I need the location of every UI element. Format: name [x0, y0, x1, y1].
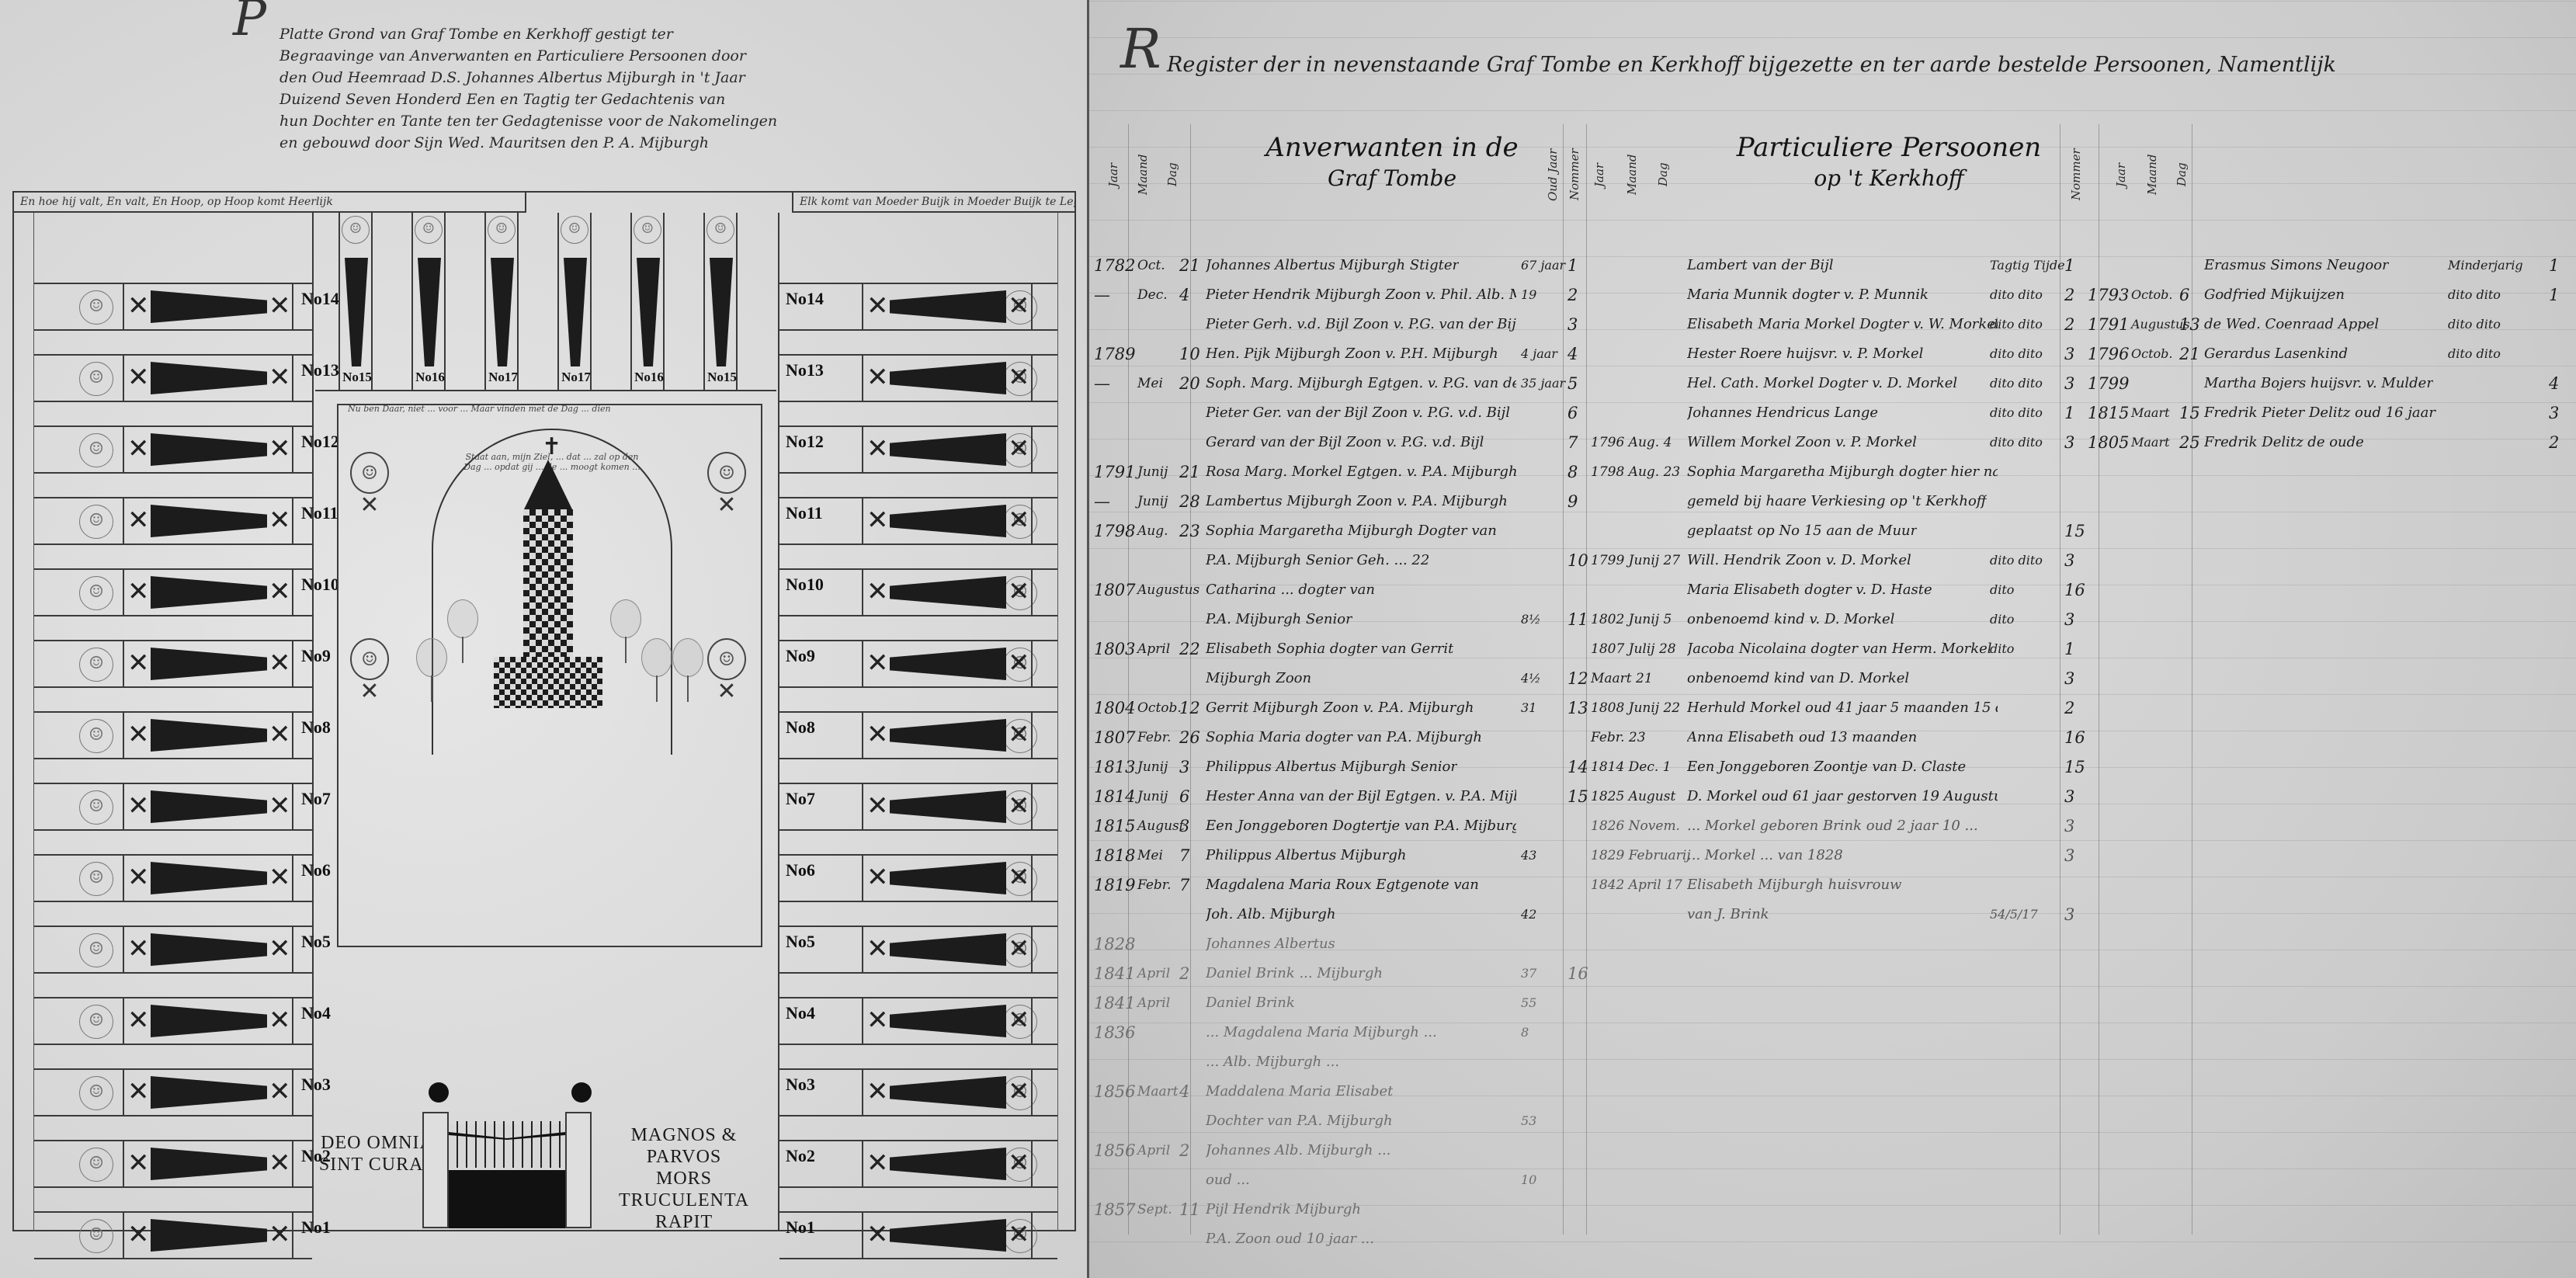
entry-month: Maart: [2131, 398, 2170, 429]
register-title: R Register der in nevenstaande Graf Tomb…: [1136, 53, 2518, 77]
gate-orb-right: [571, 1082, 592, 1103]
plan-frame: En hoe hij valt, En valt, En Hoop, op Ho…: [12, 191, 1076, 1231]
face-icon: ☺: [79, 1219, 113, 1253]
coffin: [890, 1148, 1006, 1180]
entry-year: —: [1094, 486, 1110, 517]
face-icon: ☺: [79, 648, 113, 682]
entry-name: Sophia Margaretha Mijburgh Dogter van: [1206, 516, 1497, 547]
crossbones-icon: ✕: [269, 360, 289, 394]
entry-name: Mijburgh Zoon: [1206, 663, 1311, 694]
crossbones-icon: ✕: [866, 860, 887, 894]
vault-number-label: No6: [301, 860, 331, 880]
register-entry: P.A. Mijburgh Senior8½11: [1089, 604, 1602, 635]
entry-note: dito dito: [1990, 280, 2043, 311]
vault-number-label: No7: [786, 789, 815, 809]
entry-month: Maart: [2131, 427, 2170, 458]
vault-left-row: ☺✕✕No12: [34, 425, 312, 474]
entry-note: Minderjarig: [2448, 250, 2523, 281]
crossbones-icon: ✕: [269, 503, 289, 537]
tree-icon: [447, 599, 478, 662]
entry-year: 1807: [1094, 575, 1135, 606]
entry-day: 6: [1179, 781, 1189, 812]
entry-note: dito dito: [2448, 280, 2501, 311]
register-entry: 1841AprilDaniel Brink55: [1089, 988, 1602, 1019]
entry-name: Martha Bojers huijsvr. v. Mulder: [2204, 368, 2433, 399]
entry-age: 4 jaar: [1521, 339, 1557, 370]
entry-number: 3: [2064, 663, 2074, 694]
entry-number: 14: [1567, 752, 1588, 783]
entry-note: dito: [1990, 575, 2014, 606]
vault-number-label: No8: [301, 717, 331, 738]
register-entry: ... Alb. Mijburgh ...: [1089, 1047, 1602, 1078]
entry-number: 3: [2064, 811, 2074, 842]
entry-number: 3: [2064, 368, 2074, 399]
entry-date: Febr. 23: [1591, 722, 1646, 753]
vault-number-label: No4: [301, 1003, 331, 1023]
crossbones-icon: ✕: [269, 789, 289, 823]
entry-year: 1836: [1094, 1017, 1135, 1048]
coffin-box: ✕✕: [123, 1141, 293, 1186]
crossbones-icon: ✕: [866, 432, 887, 466]
col-header-month: Maand: [1625, 132, 1639, 217]
coffin: [151, 290, 267, 323]
skull-crossbones-icon: ☺✕: [346, 638, 393, 708]
entry-month: Octob.: [2131, 280, 2172, 311]
register-entry: 1803April22Elisabeth Sophia dogter van G…: [1089, 634, 1602, 665]
entry-number: 2: [2064, 280, 2074, 311]
entry-date: 1796 Aug. 4: [1591, 427, 1672, 458]
entry-number: 2: [2549, 427, 2559, 458]
vault-left-row: ☺✕✕No4: [34, 997, 312, 1045]
coffin: [151, 790, 267, 823]
entry-age: 37: [1521, 958, 1536, 989]
register-entry: Erasmus Simons NeugoorMinderjarig1: [2083, 250, 2576, 281]
entry-year: 1813: [1094, 752, 1135, 783]
face-icon: ☺: [79, 1148, 113, 1182]
entry-date: 1807 Julij 28: [1591, 634, 1676, 665]
crossbones-icon: ✕: [127, 1146, 148, 1180]
entry-year: 1793: [2088, 280, 2129, 311]
crossbones-icon: ✕: [127, 932, 148, 966]
register-entry: 1807 Julij 28Jacoba Nicolaina dogter van…: [1586, 634, 2083, 665]
crossbones-icon: ✕: [269, 860, 289, 894]
coffin: [151, 433, 267, 466]
entry-name: Pieter Gerh. v.d. Bijl Zoon v. P.G. van …: [1206, 309, 1516, 340]
entry-note: dito dito: [1990, 368, 2043, 399]
entry-year: 1798: [1094, 516, 1135, 547]
coffin: [151, 505, 267, 537]
register-entry: 1799 Junij 27Will. Hendrik Zoon v. D. Mo…: [1586, 545, 2083, 576]
vault-left-row: ☺✕✕No8: [34, 711, 312, 759]
title-flourish-initial: P: [233, 8, 266, 30]
crossbones-icon: ✕: [866, 1003, 887, 1037]
crossbones-icon: ✕: [1008, 1003, 1028, 1037]
vault-number-label: No7: [301, 789, 331, 809]
vault-right-row: ☺✕✕No7: [779, 783, 1057, 831]
entry-day: 7: [1179, 840, 1189, 871]
vault-row-top: ☺No15☺No16☺No17☺No17☺No16☺No15: [315, 213, 776, 391]
register-entry: 1799Martha Bojers huijsvr. v. Mulder4: [2083, 368, 2576, 399]
register-entry: 1796Octob.21Gerardus Lasenkinddito dito: [2083, 339, 2576, 370]
coffin: [710, 258, 733, 366]
entry-name: Elisabeth Sophia dogter van Gerrit: [1206, 634, 1453, 665]
entry-number: 3: [2064, 781, 2074, 812]
vault-left-row: ☺✕✕No3: [34, 1068, 312, 1117]
entry-name: Maria Elisabeth dogter v. D. Haste: [1687, 575, 1932, 606]
face-icon: ☺: [79, 576, 113, 610]
entry-number: 1: [2549, 250, 2559, 281]
entry-name: Elisabeth Mijburgh huisvrouw: [1687, 870, 1901, 901]
coffin-box: ✕✕: [862, 1141, 1033, 1186]
coffin-box: ✕✕: [123, 641, 293, 686]
face-icon: ☺: [706, 216, 734, 244]
crossbones-icon: ✕: [127, 860, 148, 894]
entry-number: 1: [2064, 250, 2074, 281]
vault-number-label: No4: [786, 1003, 815, 1023]
entry-year: 1799: [2088, 368, 2129, 399]
title-line: en gebouwd door Sijn Wed. Mauritsen den …: [279, 132, 838, 154]
entry-day: 10: [1179, 339, 1200, 370]
vault-number-label: No9: [301, 646, 331, 666]
vault-right-row: ☺✕✕No5: [779, 926, 1057, 974]
entry-number: 3: [2064, 339, 2074, 370]
vault-column-left: ☺✕✕No14☺✕✕No13☺✕✕No12☺✕✕No11☺✕✕No10☺✕✕No…: [34, 213, 314, 1231]
entry-number: 5: [1567, 368, 1578, 399]
crossbones-icon: ✕: [1008, 360, 1028, 394]
vault-number-label: No14: [786, 289, 824, 309]
col-header-month: Maand: [2145, 132, 2159, 217]
entry-name: van J. Brink: [1687, 899, 1769, 930]
entry-year: 1841: [1094, 988, 1135, 1019]
crossbones-icon: ✕: [866, 360, 887, 394]
tree-icon: [672, 638, 703, 700]
vault-number-label: No11: [786, 503, 823, 523]
entry-note: dito: [1990, 634, 2014, 665]
entry-name: Pijl Hendrik Mijburgh: [1206, 1194, 1361, 1225]
entry-month: Octob.: [2131, 339, 2172, 370]
entry-number: 3: [2549, 398, 2559, 429]
coffin: [890, 362, 1006, 394]
crossbones-icon: ✕: [1008, 503, 1028, 537]
vault-number-label: No5: [301, 932, 331, 952]
vault-left-row: ☺✕✕No1: [34, 1211, 312, 1259]
entry-note: Tagtig Tijde: [1990, 250, 2065, 281]
crossbones-icon: ✕: [269, 646, 289, 680]
tree-icon: [416, 638, 447, 700]
register-entry: 1828Johannes Albertus: [1089, 929, 1602, 960]
church-caption: Nu ben Daar, niet ... voor ... Maar vind…: [348, 404, 752, 414]
vault-right-row: ☺✕✕No13: [779, 354, 1057, 402]
entry-day: 3: [1179, 752, 1189, 783]
col-header-number: Nommer: [2069, 132, 2083, 217]
register-entry: 1857Sept.11Pijl Hendrik Mijburgh: [1089, 1194, 1602, 1225]
section-heading-private: Particuliere Persoonen op 't Kerkhoff: [1726, 132, 2052, 194]
coffin-box: ✕✕: [123, 427, 293, 472]
title-line: hun Dochter en Tante ten ter Gedagteniss…: [279, 110, 838, 132]
entry-year: 1789: [1094, 339, 1135, 370]
crossbones-icon: ✕: [269, 1146, 289, 1180]
coffin: [890, 1005, 1006, 1037]
entry-name: Magdalena Maria Roux Egtgenote van: [1206, 870, 1479, 901]
entry-number: 6: [1567, 398, 1578, 429]
section-heading-family: Anverwanten in de Graf Tombe: [1229, 132, 1555, 194]
crossbones-icon: ✕: [866, 289, 887, 323]
vault-number-label: No13: [786, 360, 824, 380]
register-entry: Hel. Cath. Morkel Dogter v. D. Morkeldit…: [1586, 368, 2083, 399]
crossbones-icon: ✕: [127, 789, 148, 823]
entry-day: 28: [1179, 486, 1200, 517]
crossbones-icon: ✕: [1008, 1075, 1028, 1109]
vault-number-label: No16: [629, 370, 669, 385]
register-entry: 1793Octob.6Godfried Mijkuijzendito dito1: [2083, 280, 2576, 311]
vault-number-label: No17: [483, 370, 523, 385]
entry-day: 26: [1179, 722, 1200, 753]
entry-day: 3: [1179, 811, 1189, 842]
coffin: [491, 258, 514, 366]
entry-name: Willem Morkel Zoon v. P. Morkel: [1687, 427, 1917, 458]
coffin-box: ✕✕: [862, 856, 1033, 901]
entry-number: 3: [1567, 309, 1578, 340]
face-icon: ☺: [415, 216, 443, 244]
crossbones-icon: ✕: [269, 932, 289, 966]
vault-top: ☺No15: [338, 213, 373, 391]
entry-name: P.A. Zoon oud 10 jaar ...: [1206, 1224, 1374, 1255]
vault-left-row: ☺✕✕No6: [34, 854, 312, 902]
crossbones-icon: ✕: [866, 789, 887, 823]
entry-age: 8: [1521, 1017, 1529, 1048]
entry-name: Gerrit Mijburgh Zoon v. P.A. Mijburgh: [1206, 693, 1474, 724]
register-entry: 1841April2Daniel Brink ... Mijburgh3716: [1089, 958, 1602, 989]
entry-number: 15: [2064, 752, 2085, 783]
entry-date: 1814 Dec. 1: [1591, 752, 1672, 783]
entry-name: Maria Munnik dogter v. P. Munnik: [1687, 280, 1929, 311]
face-icon: ☺: [79, 362, 113, 396]
col-header-day: Dag: [1165, 132, 1179, 217]
crossbones-icon: ✕: [1008, 575, 1028, 609]
vault-left-row: ☺✕✕No13: [34, 354, 312, 402]
coffin: [151, 1148, 267, 1180]
coffin: [890, 433, 1006, 466]
burial-register-page: R Register der in nevenstaande Graf Tomb…: [1087, 0, 2576, 1278]
entry-number: 7: [1567, 427, 1578, 458]
col-header-year: Jaar: [2114, 132, 2128, 217]
vault-number-label: No15: [337, 370, 377, 385]
coffin: [345, 258, 368, 366]
entry-day: 6: [2179, 280, 2189, 311]
register-entry: 1791Augustus13de Wed. Coenraad Appeldito…: [2083, 309, 2576, 340]
entry-name: Johannes Albertus Mijburgh Stigter: [1206, 250, 1459, 281]
entry-month: Dec.: [1137, 280, 1168, 311]
entry-number: 2: [2064, 693, 2074, 724]
entry-name: Gerardus Lasenkind: [2204, 339, 2348, 370]
crossbones-icon: ✕: [1008, 289, 1028, 323]
coffin-box: ✕✕: [862, 1070, 1033, 1115]
crossbones-icon: ✕: [866, 717, 887, 752]
cemetery-plan-page: P Platte Grond van Graf Tombe en Kerkhof…: [0, 0, 1087, 1278]
coffin-box: ✕✕: [862, 427, 1033, 472]
entry-name: Fredrik Pieter Delitz oud 16 jaar 4 maan…: [2204, 398, 2437, 429]
entry-name: Will. Hendrik Zoon v. D. Morkel: [1687, 545, 1911, 576]
entry-name: Jacoba Nicolaina dogter van Herm. Morkel: [1687, 634, 1992, 665]
crossbones-icon: ✕: [269, 1075, 289, 1109]
vault-left-row: ☺✕✕No5: [34, 926, 312, 974]
entry-name: P.A. Mijburgh Senior: [1206, 604, 1352, 635]
skull-crossbones-icon: ☺✕: [346, 452, 393, 522]
entry-age: 19: [1521, 280, 1536, 311]
register-entry: —Junij28Lambertus Mijburgh Zoon v. P.A. …: [1089, 486, 1602, 517]
entry-month: Junij: [1137, 457, 1168, 488]
crossbones-icon: ✕: [127, 432, 148, 466]
crossbones-icon: ✕: [1008, 646, 1028, 680]
register-entry: Lambert van der BijlTagtig Tijde1: [1586, 250, 2083, 281]
inscription-left: DEO OMNIA SINT CURAE: [315, 1132, 439, 1176]
register-entry: van J. Brink54/5/173: [1586, 899, 2083, 930]
crossbones-icon: ✕: [866, 1146, 887, 1180]
entry-name: Erasmus Simons Neugoor: [2204, 250, 2389, 281]
entry-date: 1798 Aug. 23: [1591, 457, 1680, 488]
gate-orb-left: [429, 1082, 449, 1103]
title-line: den Oud Heemraad D.S. Johannes Albertus …: [279, 67, 838, 89]
vault-left-row: ☺✕✕No2: [34, 1140, 312, 1188]
entry-name: Daniel Brink: [1206, 988, 1295, 1019]
entry-name: Catharina ... dogter van: [1206, 575, 1375, 606]
coffin-box: ✕✕: [123, 498, 293, 543]
entry-note: dito dito: [1990, 309, 2043, 340]
face-icon: ☺: [79, 290, 113, 325]
private-burial-ledger: Lambert van der BijlTagtig Tijde1Maria M…: [1586, 250, 2083, 871]
entry-name: Herhuld Morkel oud 41 jaar 5 maanden 15 …: [1687, 693, 1998, 724]
entry-age: 42: [1521, 899, 1536, 930]
entry-name: ... Morkel ... van 1828: [1687, 840, 1843, 871]
title-line: Begraavinge van Anverwanten en Particuli…: [279, 45, 838, 67]
margin-inscription-right: [1057, 213, 1078, 1231]
entry-number: 16: [2064, 575, 2085, 606]
entry-year: —: [1094, 368, 1110, 399]
entry-month: April: [1137, 1135, 1170, 1166]
register-entry: 1819Febr.7Magdalena Maria Roux Egtgenote…: [1089, 870, 1602, 901]
entry-age: 31: [1521, 693, 1536, 724]
register-entry: 1815August3Een Jonggeboren Dogtertje van…: [1089, 811, 1602, 842]
entry-note: dito dito: [2448, 339, 2501, 370]
entry-number: 11: [1567, 604, 1588, 635]
coffin-box: ✕✕: [123, 284, 293, 329]
face-icon: ☺: [79, 790, 113, 825]
register-entry: 1798Aug.23Sophia Margaretha Mijburgh Dog…: [1089, 516, 1602, 547]
vault-right-row: ☺✕✕No10: [779, 568, 1057, 616]
entry-day: 2: [1179, 1135, 1189, 1166]
vault-left-row: ☺✕✕No9: [34, 640, 312, 688]
face-icon: ☺: [79, 433, 113, 467]
register-entry: P.A. Mijburgh Senior Geh. ... 2210: [1089, 545, 1602, 576]
coffin: [151, 1076, 267, 1109]
margin-inscription-left: [14, 213, 34, 1231]
vault-left-row: ☺✕✕No10: [34, 568, 312, 616]
entry-age: 10: [1521, 1165, 1536, 1196]
entry-name: Daniel Brink ... Mijburgh: [1206, 958, 1383, 989]
vault-number-label: No1: [786, 1217, 815, 1238]
entry-age: 8½: [1521, 604, 1541, 635]
entry-month: Maart: [1137, 1076, 1179, 1107]
entry-day: 2: [1179, 958, 1189, 989]
face-icon: ☺: [79, 862, 113, 896]
entry-number: 4: [2549, 368, 2559, 399]
entry-day: 13: [2179, 309, 2200, 340]
entry-name: Philippus Albertus Mijburgh Senior: [1206, 752, 1457, 783]
entry-number: 1: [1567, 250, 1578, 281]
entry-month: Febr.: [1137, 870, 1171, 901]
entry-note: dito dito: [1990, 545, 2043, 576]
vault-right-row: ☺✕✕No9: [779, 640, 1057, 688]
entry-name: Lambert van der Bijl: [1687, 250, 1834, 281]
vault-right-row: ☺✕✕No4: [779, 997, 1057, 1045]
entry-name: ... Alb. Mijburgh ...: [1206, 1047, 1339, 1078]
entry-name: oud ...: [1206, 1165, 1250, 1196]
family-burial-ledger: 1782Oct.21Johannes Albertus Mijburgh Sti…: [1089, 250, 1602, 1275]
entry-name: Sophia Maria dogter van P.A. Mijburgh: [1206, 722, 1482, 753]
coffin-box: ✕✕: [123, 1213, 293, 1258]
entry-name: ... Magdalena Maria Mijburgh ...: [1206, 1017, 1437, 1048]
entry-year: 1814: [1094, 781, 1135, 812]
entry-name: Joh. Alb. Mijburgh: [1206, 899, 1335, 930]
vault-number-label: No9: [786, 646, 815, 666]
register-entry: Joh. Alb. Mijburgh42: [1089, 899, 1602, 930]
coffin-box: ✕✕: [862, 784, 1033, 829]
crossbones-icon: ✕: [1008, 789, 1028, 823]
entry-number: 2: [1567, 280, 1578, 311]
register-entry: 1798 Aug. 23Sophia Margaretha Mijburgh d…: [1586, 457, 2083, 488]
vault-right-row: ☺✕✕No11: [779, 497, 1057, 545]
church-tower: [523, 509, 573, 680]
col-header-day: Dag: [2175, 132, 2189, 217]
entry-month: April: [1137, 988, 1170, 1019]
entry-year: 1805: [2088, 427, 2129, 458]
vault-number-label: No12: [786, 432, 824, 452]
skull-crossbones-icon: ☺✕: [703, 638, 750, 708]
entry-age: 67 jaar: [1521, 250, 1565, 281]
entry-number: 3: [2064, 545, 2074, 576]
entry-month: April: [1137, 634, 1170, 665]
entry-name: Gerard van der Bijl Zoon v. P.G. v.d. Bi…: [1206, 427, 1484, 458]
entry-year: 1857: [1094, 1194, 1135, 1225]
coffin: [151, 719, 267, 752]
col-header-year: Jaar: [1106, 132, 1120, 217]
register-entry: 1805Maart25Fredrik Delitz de oude2: [2083, 427, 2576, 458]
register-entry: 1796 Aug. 4Willem Morkel Zoon v. P. Mork…: [1586, 427, 2083, 458]
register-entry: 1807AugustusCatharina ... dogter van: [1089, 575, 1602, 606]
face-icon: ☺: [79, 719, 113, 753]
entry-year: 1841: [1094, 958, 1135, 989]
crossbones-icon: ✕: [866, 575, 887, 609]
vault-number-label: No16: [410, 370, 450, 385]
coffin-box: ✕✕: [123, 1070, 293, 1115]
register-entry: —Mei20Soph. Marg. Mijburgh Egtgen. v. P.…: [1089, 368, 1602, 399]
entry-day: 20: [1179, 368, 1200, 399]
coffin-box: ✕✕: [862, 927, 1033, 972]
vault-number-label: No11: [301, 503, 338, 523]
coffin-box: ✕✕: [862, 284, 1033, 329]
entry-name: Hel. Cath. Morkel Dogter v. D. Morkel: [1687, 368, 1957, 399]
entry-age: 35 jaar: [1521, 368, 1565, 399]
gate-pillar-left: [422, 1112, 449, 1228]
entry-note: dito dito: [1990, 398, 2043, 429]
entry-name: Rosa Marg. Morkel Egtgen. v. P.A. Mijbur…: [1206, 457, 1516, 488]
entry-name: Fredrik Delitz de oude: [2204, 427, 2364, 458]
entry-day: 15: [2179, 398, 2200, 429]
entry-number: 3: [2064, 899, 2074, 930]
coffin: [890, 719, 1006, 752]
register-entry: 1813Junij3Philippus Albertus Mijburgh Se…: [1089, 752, 1602, 783]
col-header-year: Jaar: [1592, 132, 1606, 217]
